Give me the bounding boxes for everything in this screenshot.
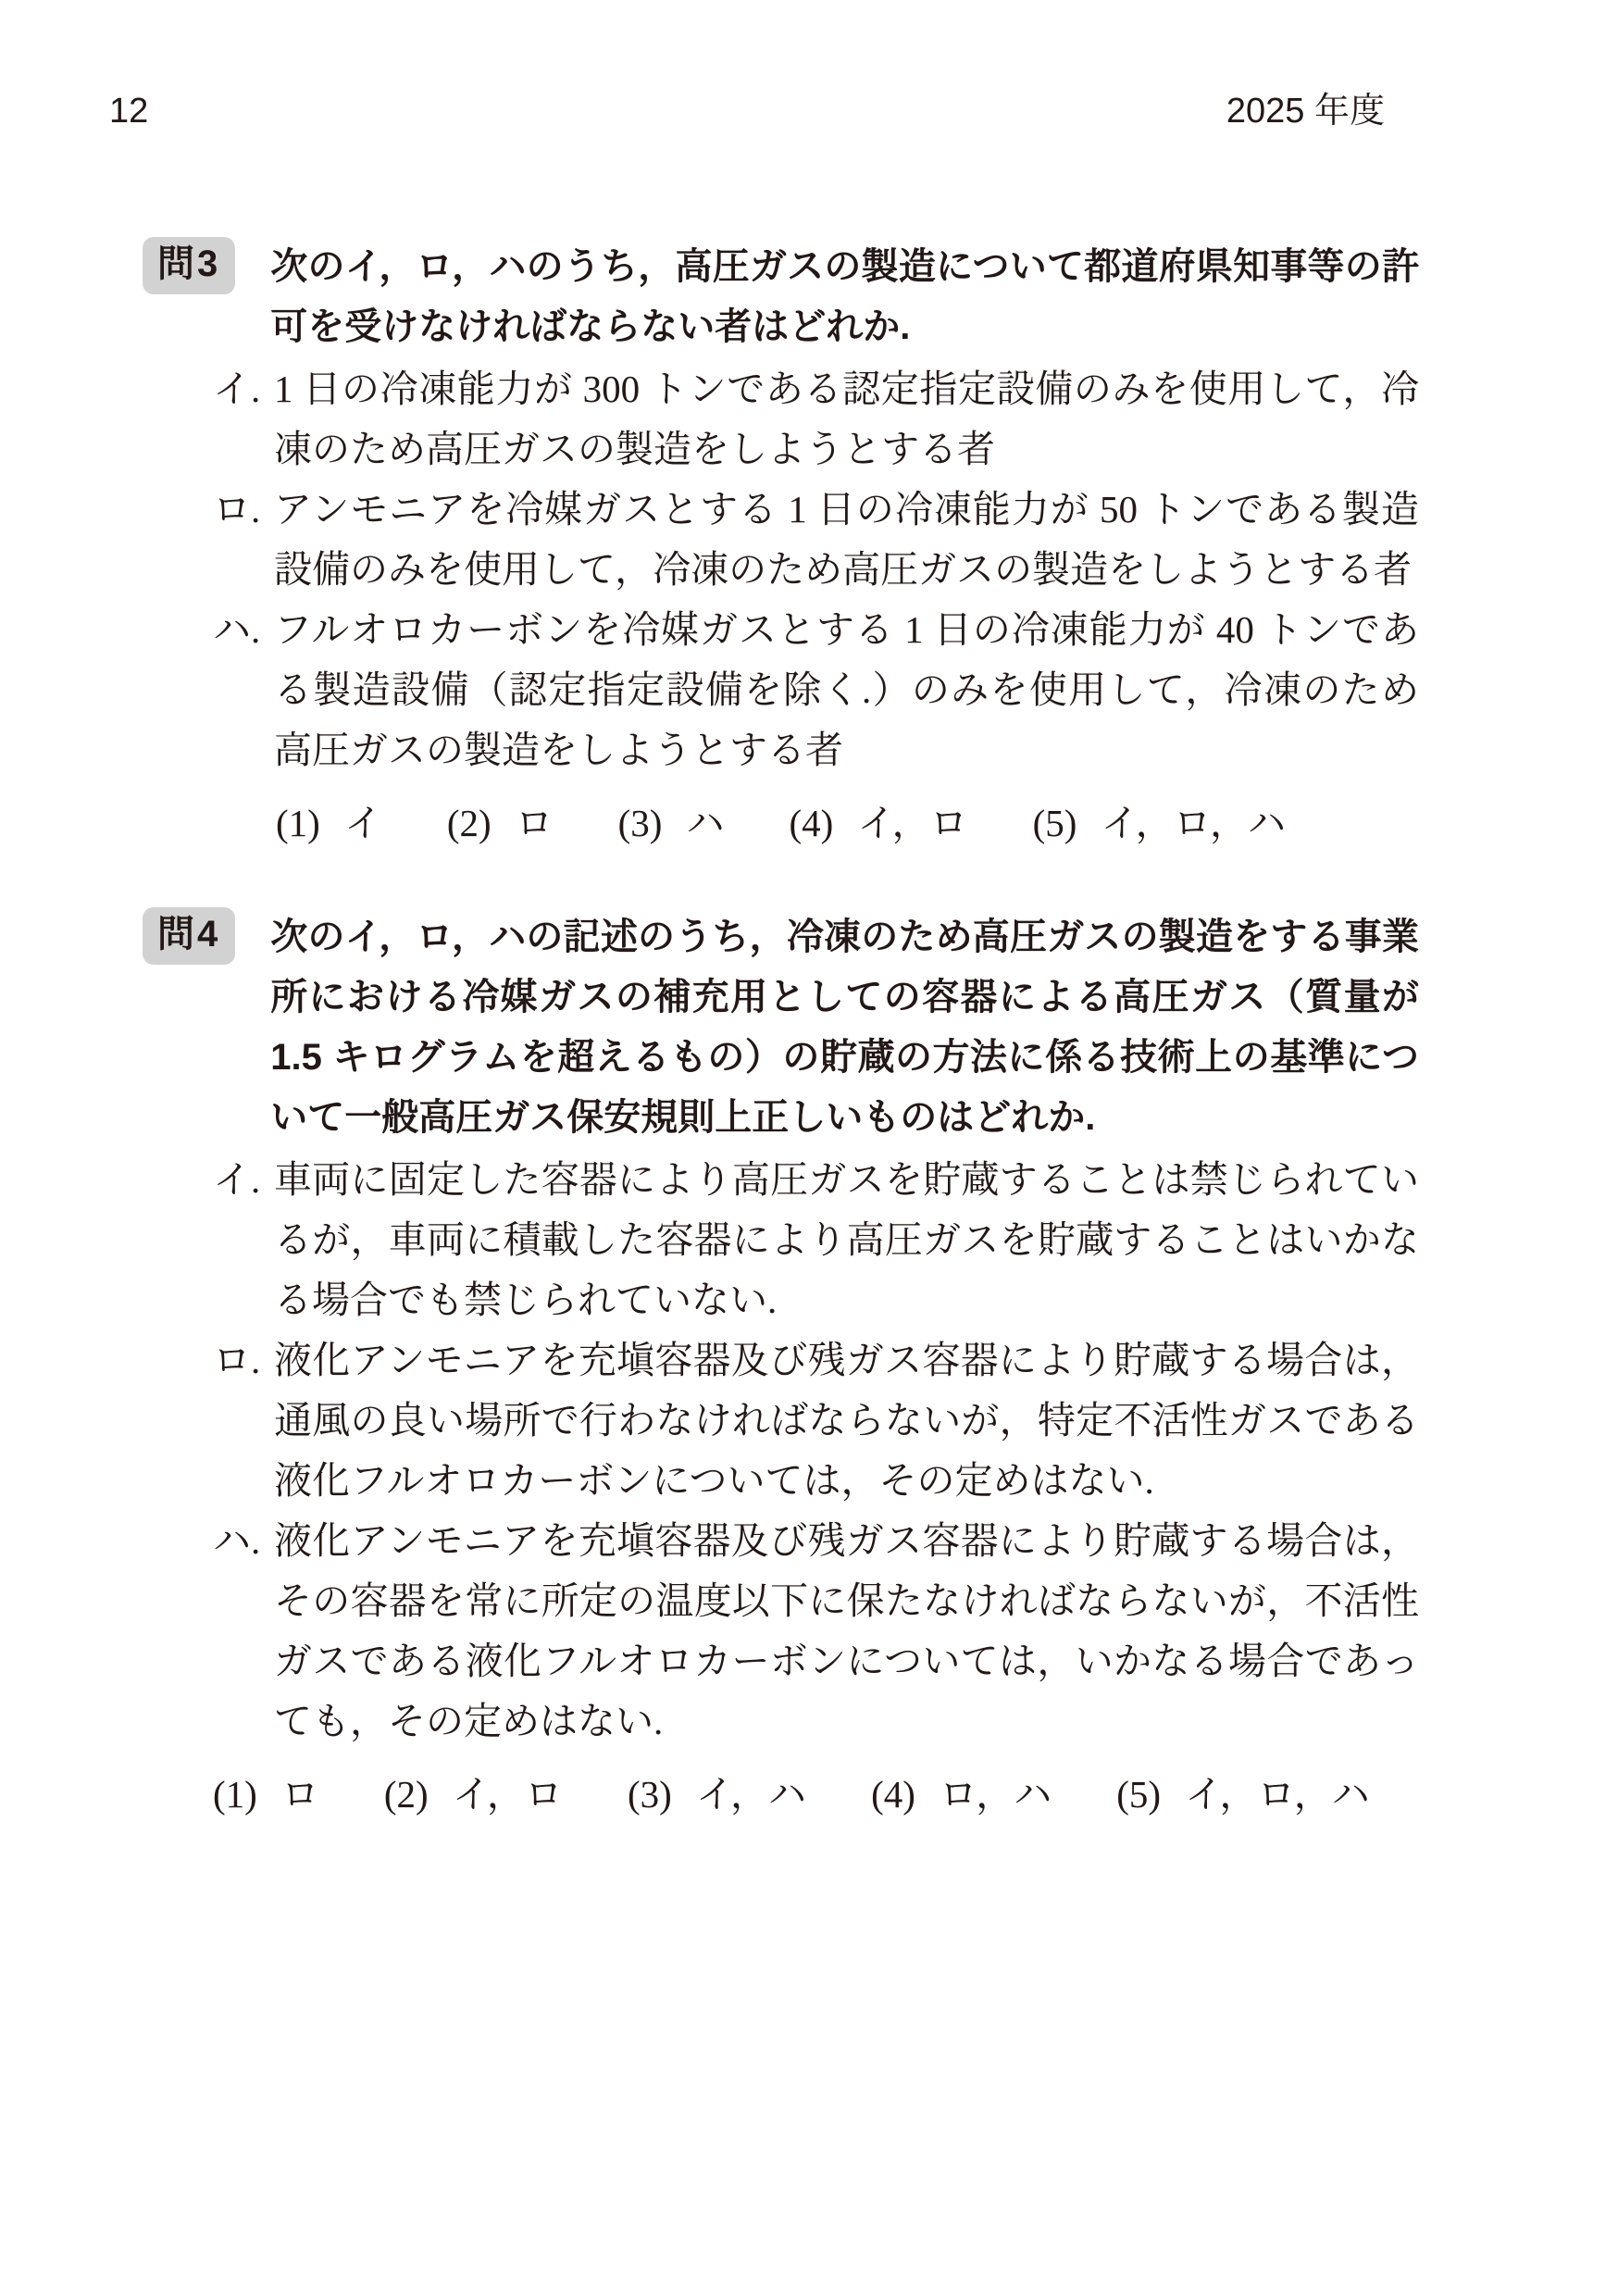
choice-number: (3) — [618, 793, 663, 854]
question-4: 問4 次のイ，ロ，ハの記述のうち，冷凍のため高圧ガスの製造をする事業所における冷… — [109, 907, 1419, 1825]
statement-item: ハ. フルオロカーボンを冷媒ガスとする 1 日の冷凍能力が 40 トンである製造… — [213, 600, 1419, 780]
choice-number: (4) — [871, 1765, 915, 1825]
choice: (1) イ — [276, 793, 382, 854]
choice-value: イ，ハ — [696, 1765, 806, 1825]
question-3-stem: 次のイ，ロ，ハのうち，高圧ガスの製造について都道府県知事等の許可を受けなければな… — [270, 237, 1419, 357]
choice-number: (4) — [789, 793, 833, 854]
item-text: 液化アンモニアを充塡容器及び残ガス容器により貯蔵する場合は，通風の良い場所で行わ… — [274, 1330, 1419, 1511]
question-4-head: 問4 次のイ，ロ，ハの記述のうち，冷凍のため高圧ガスの製造をする事業所における冷… — [109, 907, 1419, 1148]
choice: (4) ロ，ハ — [871, 1765, 1052, 1825]
choice-value: イ，ロ — [453, 1765, 563, 1825]
choice-number: (5) — [1116, 1765, 1161, 1825]
question-3-choices: (1) イ (2) ロ (3) ハ (4) イ，ロ (5) イ，ロ，ハ — [276, 793, 1419, 854]
choice-number: (2) — [384, 1765, 429, 1825]
question-3: 問3 次のイ，ロ，ハのうち，高圧ガスの製造について都道府県知事等の許可を受けなけ… — [109, 237, 1419, 854]
item-label: ハ. — [213, 600, 274, 780]
exam-page: 12 2025 年度 問3 次のイ，ロ，ハのうち，高圧ガスの製造について都道府県… — [0, 0, 1618, 2296]
choice-number: (3) — [628, 1765, 672, 1825]
edition-label: 2025 年度 — [1226, 89, 1385, 133]
statement-item: イ. 1 日の冷凍能力が 300 トンである認定指定設備のみを使用して，冷凍のた… — [213, 359, 1419, 480]
statement-item: ロ. 液化アンモニアを充塡容器及び残ガス容器により貯蔵する場合は，通風の良い場所… — [213, 1330, 1419, 1511]
statement-item: ハ. 液化アンモニアを充塡容器及び残ガス容器により貯蔵する場合は，その容器を常に… — [213, 1511, 1419, 1752]
choice: (3) イ，ハ — [628, 1765, 806, 1825]
choice: (3) ハ — [618, 793, 725, 854]
choice-number: (1) — [276, 793, 320, 854]
question-4-stem: 次のイ，ロ，ハの記述のうち，冷凍のため高圧ガスの製造をする事業所における冷媒ガス… — [270, 907, 1419, 1148]
item-text: 1 日の冷凍能力が 300 トンである認定指定設備のみを使用して，冷凍のため高圧… — [274, 359, 1419, 480]
choice-value: ロ — [281, 1765, 319, 1825]
item-label: ハ. — [213, 1511, 274, 1752]
item-text: 車両に固定した容器により高圧ガスを貯蔵することは禁じられているが，車両に積載した… — [274, 1150, 1419, 1330]
choice-number: (2) — [447, 793, 492, 854]
item-text: 液化アンモニアを充塡容器及び残ガス容器により貯蔵する場合は，その容器を常に所定の… — [274, 1511, 1419, 1752]
choice-value: イ，ロ，ハ — [1101, 793, 1286, 854]
choice: (2) ロ — [447, 793, 554, 854]
item-label: イ. — [213, 1150, 274, 1330]
item-text: フルオロカーボンを冷媒ガスとする 1 日の冷凍能力が 40 トンである製造設備（… — [274, 600, 1419, 780]
item-label: イ. — [213, 359, 274, 480]
statement-item: ロ. アンモニアを冷媒ガスとする 1 日の冷凍能力が 50 トンである製造設備の… — [213, 480, 1419, 600]
choice-value: ロ — [516, 793, 554, 854]
choice-value: ロ，ハ — [940, 1765, 1052, 1825]
item-label: ロ. — [213, 1330, 274, 1511]
question-4-choices: (1) ロ (2) イ，ロ (3) イ，ハ (4) ロ，ハ (5) イ，ロ， — [213, 1765, 1419, 1825]
item-label: ロ. — [213, 480, 274, 600]
question-4-items: イ. 車両に固定した容器により高圧ガスを貯蔵することは禁じられているが，車両に積… — [109, 1150, 1419, 1752]
statement-item: イ. 車両に固定した容器により高圧ガスを貯蔵することは禁じられているが，車両に積… — [213, 1150, 1419, 1330]
choice: (4) イ，ロ — [789, 793, 967, 854]
question-3-items: イ. 1 日の冷凍能力が 300 トンである認定指定設備のみを使用して，冷凍のた… — [109, 359, 1419, 780]
question-3-badge: 問3 — [143, 237, 235, 294]
choice: (1) ロ — [213, 1765, 319, 1825]
choice: (2) イ，ロ — [384, 1765, 563, 1825]
choice-value: ハ — [686, 793, 724, 854]
choice-value: イ，ロ — [857, 793, 967, 854]
choice-number: (1) — [213, 1765, 257, 1825]
choice-value: イ — [344, 793, 382, 854]
question-4-badge: 問4 — [143, 907, 235, 965]
choice: (5) イ，ロ，ハ — [1116, 1765, 1369, 1825]
item-text: アンモニアを冷媒ガスとする 1 日の冷凍能力が 50 トンである製造設備のみを使… — [274, 480, 1419, 600]
page-number: 12 — [109, 89, 148, 133]
choice: (5) イ，ロ，ハ — [1033, 793, 1286, 854]
page-content: 問3 次のイ，ロ，ハのうち，高圧ガスの製造について都道府県知事等の許可を受けなけ… — [109, 237, 1419, 1825]
question-3-head: 問3 次のイ，ロ，ハのうち，高圧ガスの製造について都道府県知事等の許可を受けなけ… — [109, 237, 1419, 357]
choice-value: イ，ロ，ハ — [1185, 1765, 1370, 1825]
choice-number: (5) — [1033, 793, 1077, 854]
page-header: 12 2025 年度 — [109, 89, 1385, 133]
